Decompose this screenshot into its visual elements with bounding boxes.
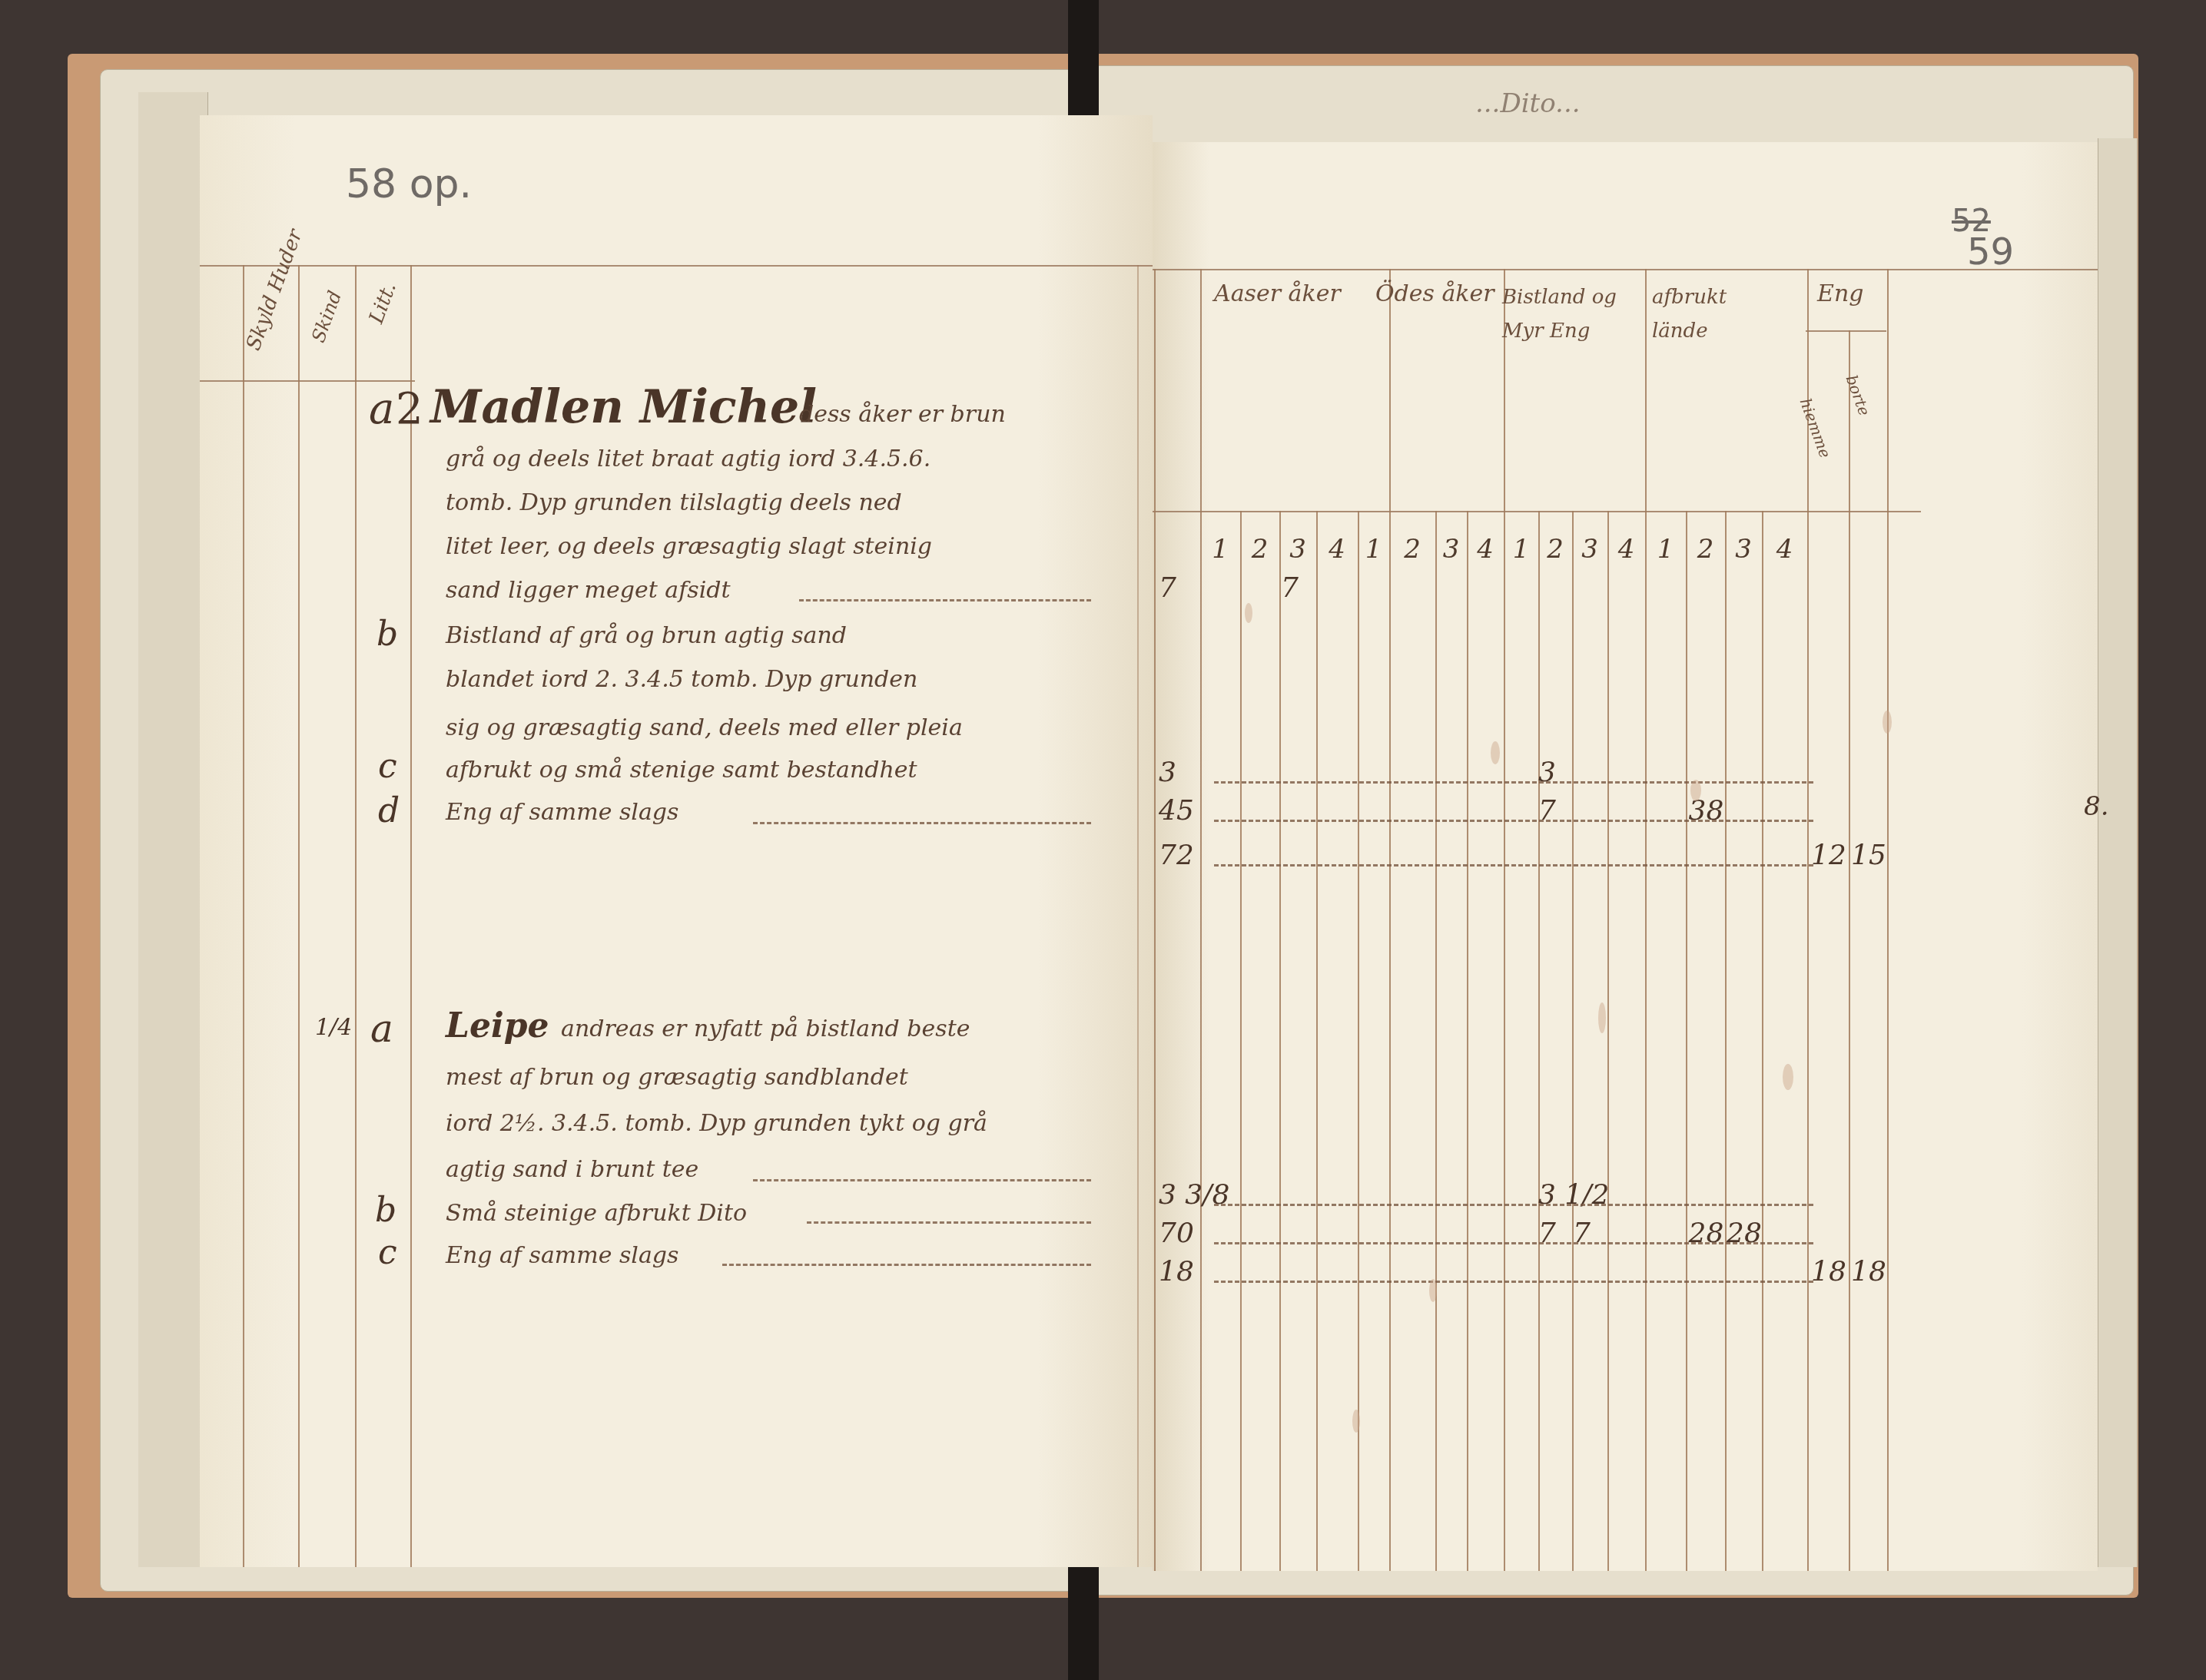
leader-dashes [753,822,1091,827]
column-rule [1435,511,1437,1571]
entry-letter: b [377,615,398,654]
left-page-edges [138,92,208,1567]
column-rule [1538,511,1540,1571]
edge-note: 8. [2084,791,2108,822]
entry-letter: a [370,1006,393,1051]
column-rule [1725,511,1727,1571]
column-rule [243,265,244,1567]
entry-text-line: iord 2½. 3.4.5. tomb. Dyp grunden tykt o… [446,1110,987,1137]
leader-dashes [1214,1204,1813,1208]
column-rule [1240,511,1242,1571]
row-total: 72 [1159,840,1194,871]
column-rule [1686,511,1687,1571]
subcolumn-number: 4 [1607,534,1646,565]
column-rule [410,265,412,1567]
header-eng: Eng [1817,280,1863,307]
faint-underlying-text: ...Dito... [1475,88,1581,119]
cell-value: 15 [1851,840,1886,871]
column-rule [1807,269,1809,1571]
entry-text-line: andreas er nyfatt på bistland beste [561,1016,970,1042]
header-rule [200,380,415,382]
leader-dashes [1214,1242,1813,1247]
right-page: ...Dito... 52 59 Aaser åker Ödes åker Bi… [1153,142,2098,1571]
row-total: 45 [1159,795,1194,827]
entry-letter: a [369,384,394,434]
header-litt: Litt. [365,280,401,327]
cell-value: 12 [1811,840,1846,871]
entry-number: 2 [396,384,423,434]
cell-value: 7 [1281,572,1299,604]
header-odes-aker: Ödes åker [1375,280,1494,307]
subcolumn-number: 1 [1502,534,1541,565]
row-total: 7 [1159,572,1176,604]
header-bottom-rule [1153,511,1921,512]
column-rule [1154,269,1156,1571]
entry-text-line: tomb. Dyp grunden tilslagtig deels ned [446,489,902,516]
leader-dashes [1214,781,1813,786]
column-rule [1200,269,1202,1571]
leader-dashes [722,1264,1091,1268]
column-rule [1645,269,1647,1571]
entry-text-line: dess åker er brun [799,401,1006,428]
entry-letter: d [378,791,400,830]
subcolumn-number: 2 [1241,534,1279,565]
entry-text-line: Små steinige afbrukt Dito [446,1200,747,1227]
subcolumn-number: 4 [1766,534,1804,565]
row-total: 70 [1159,1218,1194,1249]
entry-letter: c [378,747,397,786]
entry-text-line: Bistland af grå og brun agtig sand [446,622,847,649]
owner-name: Madlen Michel [430,380,817,434]
entry-text-line: Eng af samme slags [446,1242,678,1269]
column-rule [1389,269,1391,1571]
subcolumn-number: 3 [1724,534,1763,565]
subcolumn-number: 2 [1687,534,1725,565]
entry-letter: b [375,1191,396,1230]
row-total: 3 [1159,757,1176,788]
leader-dashes [753,1179,1091,1184]
subcolumn-number: 3 [1432,534,1471,565]
right-folio-number: 59 [1967,230,2014,273]
subcolumn-number: 1 [1201,534,1239,565]
entry-text-line: blandet iord 2. 3.4.5 tomb. Dyp grunden [446,666,917,693]
header-eng-hiemme: hiemme [1796,396,1834,460]
entry-text-line: mest af brun og græsagtig sandblandet [446,1064,908,1091]
column-rule [1504,269,1505,1571]
entry-text-line: grå og deels litet braat agtig iord 3.4.… [446,446,931,472]
subcolumn-number: 1 [1355,534,1393,565]
column-rule [1607,511,1609,1571]
column-rule [1887,269,1889,1571]
leader-dashes [799,599,1091,604]
owner-name: Leipe [446,1006,549,1045]
subcolumn-number: 2 [1536,534,1574,565]
subcolumn-number: 4 [1466,534,1504,565]
entry-letter: c [378,1233,397,1272]
column-rule [298,265,300,1567]
column-rule [1572,511,1574,1571]
left-page: 58 op. Skyld Huder Skind Litt. a 2 Madle… [200,115,1153,1567]
subcolumn-number: 1 [1647,534,1685,565]
entry-text-line: sig og græsagtig sand, deels med eller p… [446,714,963,741]
cell-value: 18 [1811,1256,1846,1287]
header-aaser-aker: Aaser åker [1214,280,1341,307]
leader-dashes [1214,820,1813,824]
column-rule [1762,511,1763,1571]
subcolumn-number: 4 [1318,534,1356,565]
header-afbrukt: afbrukt lände [1652,280,1775,348]
header-eng-borte: borte [1842,373,1873,418]
column-rule [1467,511,1468,1571]
leader-dashes [1214,1281,1813,1285]
leader-dashes [807,1221,1091,1226]
subcolumn-number: 3 [1571,534,1609,565]
entry-text-line: sand ligger meget afsidt [446,577,731,604]
header-bistland: Bistland og Myr Eng [1502,280,1625,348]
share-fraction: 1/4 [315,1014,352,1041]
column-rule [355,265,357,1567]
entry-text-line: Eng af samme slags [446,799,678,826]
subcolumn-number: 2 [1393,534,1431,565]
eng-subheader-rule [1806,330,1886,332]
entry-text-line: litet leer, og deels græsagtig slagt ste… [446,533,932,560]
column-rule [1279,511,1281,1571]
header-skind: Skind [307,288,346,346]
right-page-edges [2098,138,2138,1567]
entry-text-line: afbrukt og små stenige samt bestandhet [446,757,917,784]
subcolumn-number: 3 [1279,534,1317,565]
column-rule [1849,330,1850,1571]
row-total: 18 [1159,1256,1194,1287]
top-rule [200,265,1153,267]
column-rule [1316,511,1318,1571]
top-rule [1153,269,2098,270]
cell-value: 18 [1851,1256,1886,1287]
leader-dashes [1214,864,1813,869]
entry-text-line: agtig sand i brunt tee [446,1156,698,1183]
left-folio-number: 58 op. [346,161,472,207]
column-rule [1137,265,1139,1567]
